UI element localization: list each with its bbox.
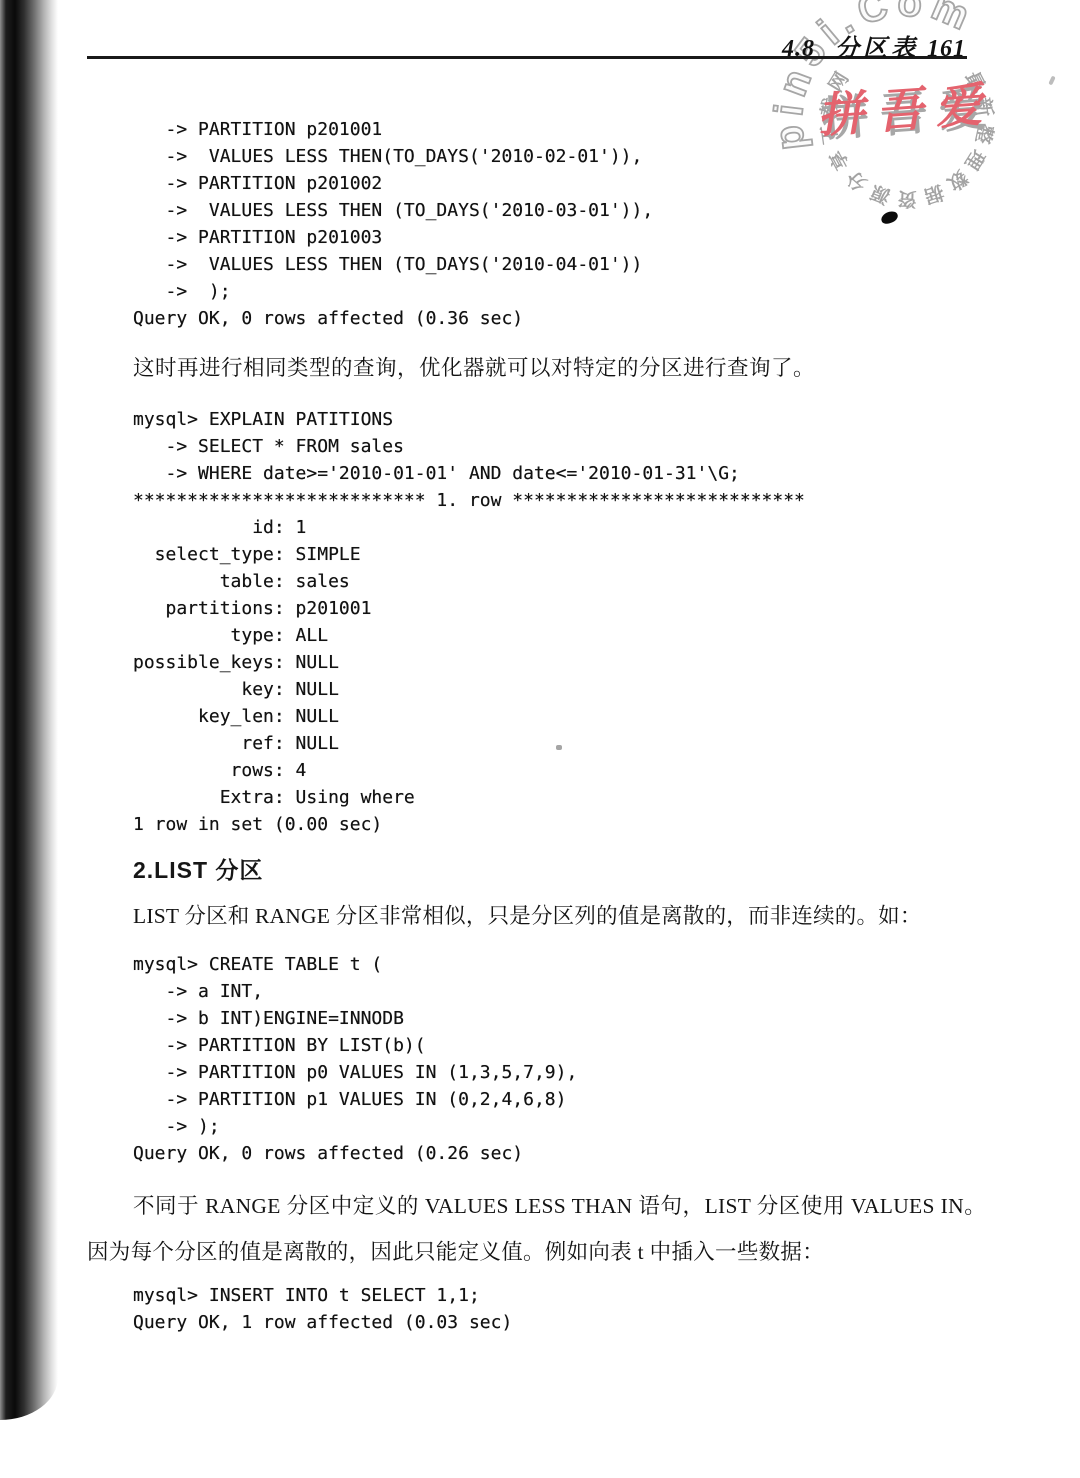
page-header: 4.8分区表161 — [782, 28, 966, 63]
paragraph-optimizer-query: 这时再进行相同类型的查询，优化器就可以对特定的分区进行查询了。 — [133, 351, 1033, 382]
paragraph-list-vs-range: LIST 分区和 RANGE 分区非常相似，只是分区列的值是离散的，而非连续的。… — [133, 899, 1033, 930]
code-block-insert: mysql> INSERT INTO t SELECT 1,1; Query O… — [133, 1282, 512, 1336]
section-title: 分区表 — [835, 36, 919, 62]
code-block-explain-partitions: mysql> EXPLAIN PATITIONS -> SELECT * FRO… — [133, 406, 805, 838]
section-number: 4.8 — [782, 36, 815, 62]
scan-gutter-shadow — [0, 0, 58, 1420]
code-block-partition-range-tail: -> PARTITION p201001 -> VALUES LESS THEN… — [133, 116, 653, 332]
page-number: 161 — [927, 36, 966, 62]
scanned-book-page: { "header": { "section_number": "4.8", "… — [0, 0, 1080, 1478]
code-block-create-table-list: mysql> CREATE TABLE t ( -> a INT, -> b I… — [133, 951, 577, 1167]
heading-list-partition: 2.LIST 分区 — [133, 852, 263, 885]
paragraph-values-in: 不同于 RANGE 分区中定义的 VALUES LESS THAN 语句，LIS… — [87, 1184, 986, 1275]
